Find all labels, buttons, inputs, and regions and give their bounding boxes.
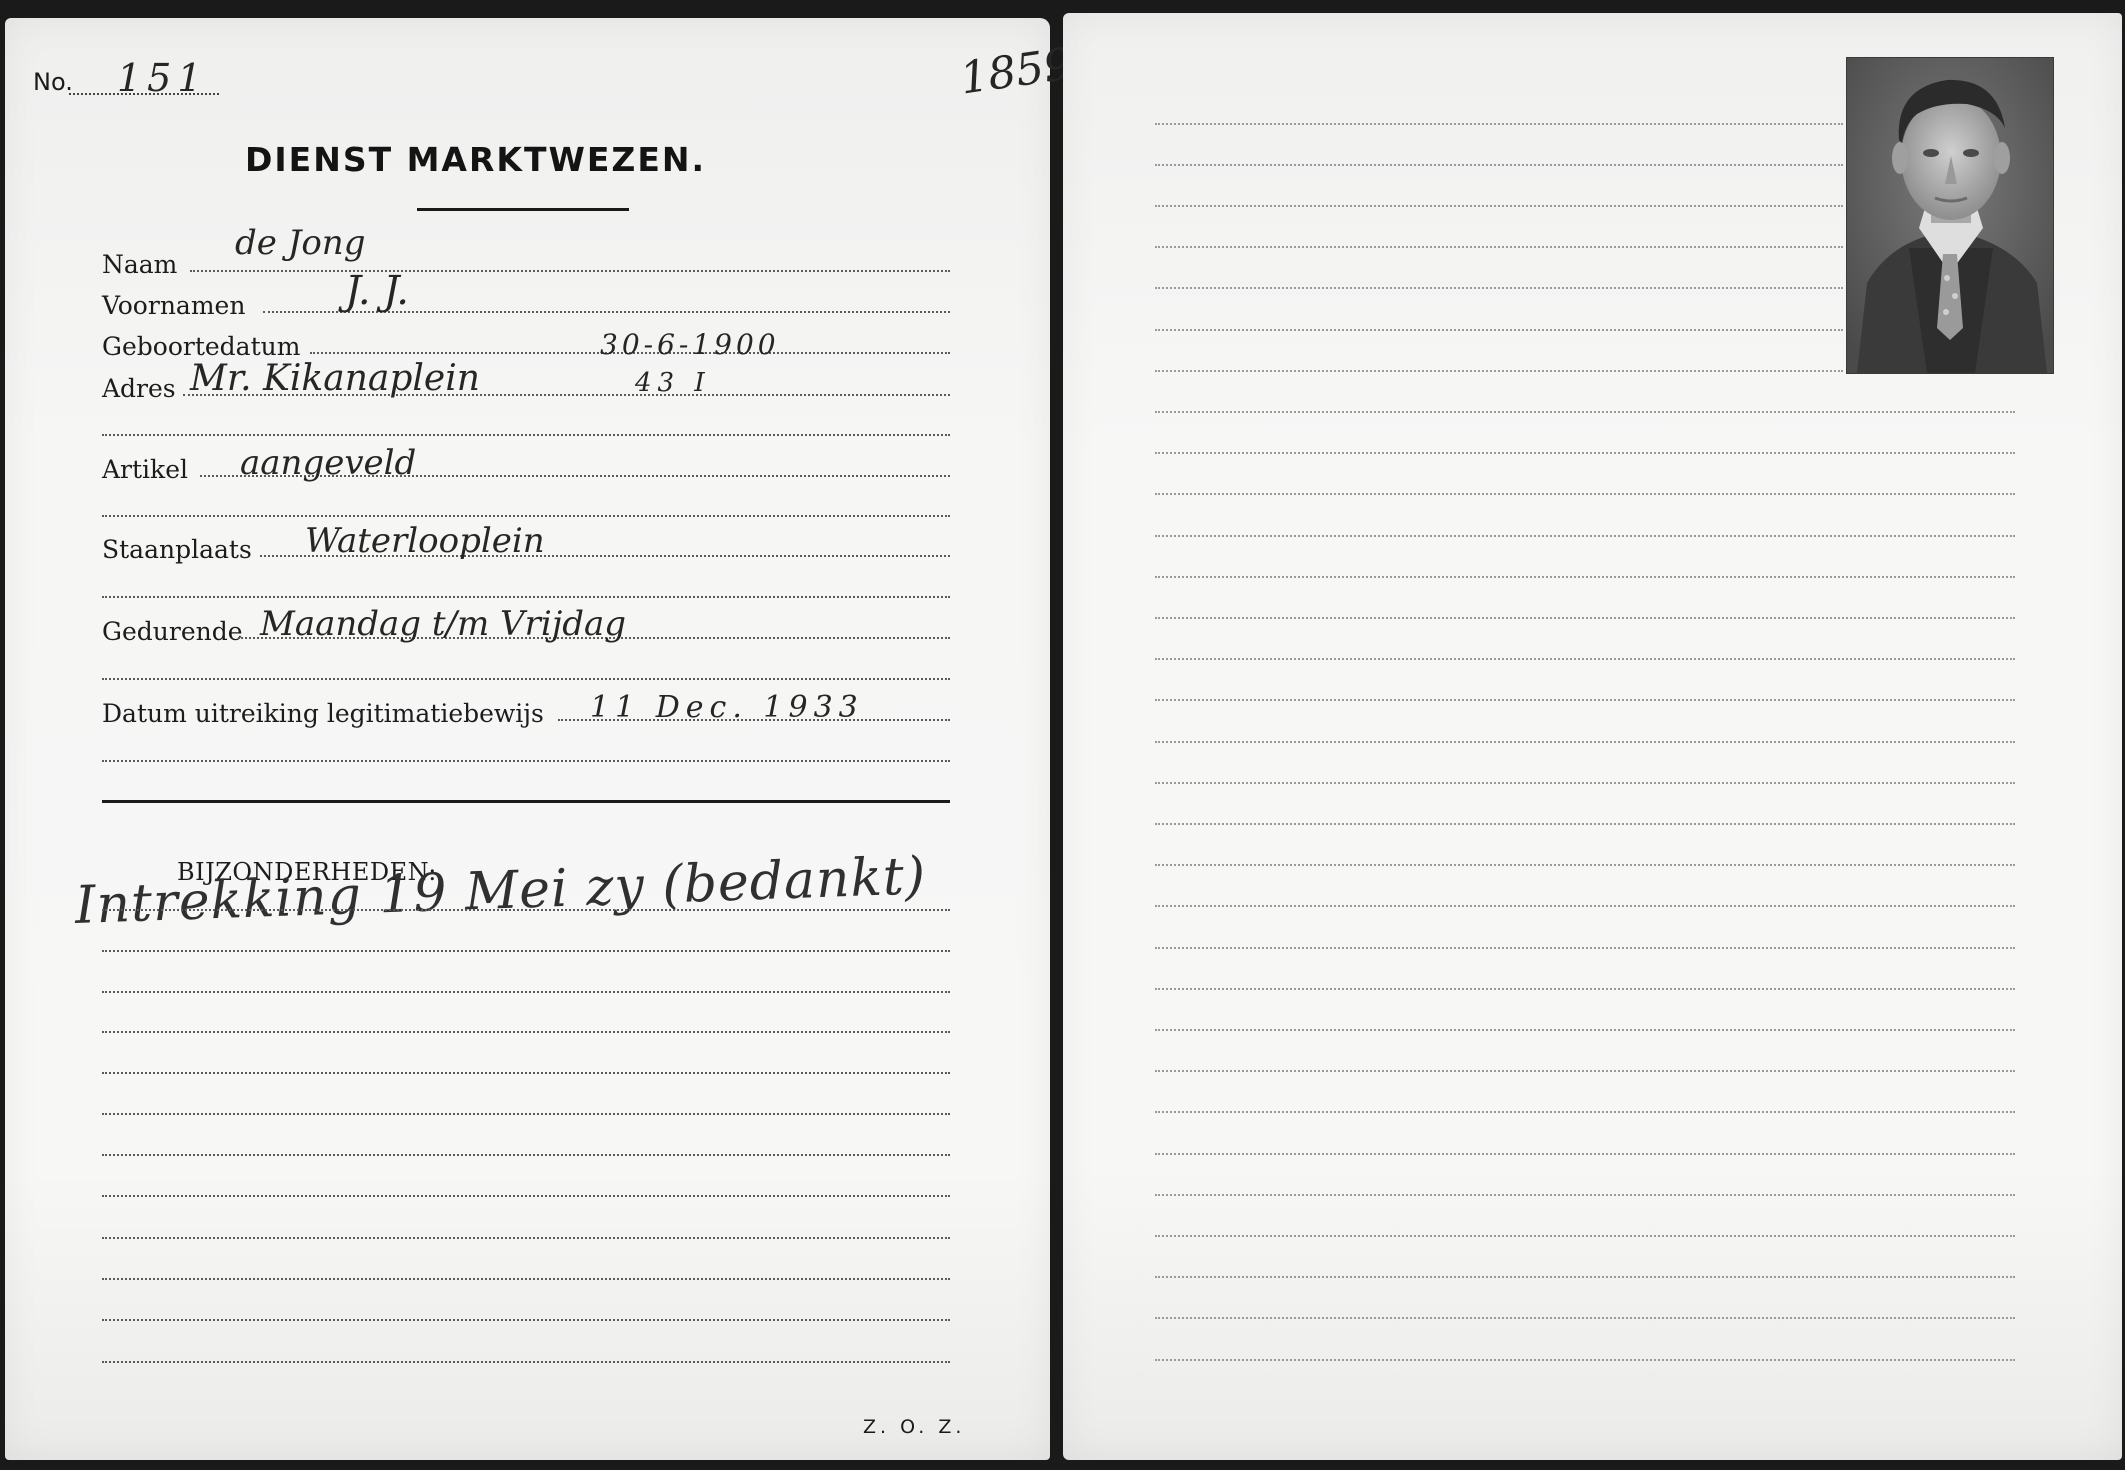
- ruled-line: [1155, 1070, 2015, 1072]
- remark-line: [102, 1154, 950, 1156]
- ruled-line: [1155, 864, 2015, 866]
- value-datum-uitreiking: 11 Dec. 1933: [590, 690, 864, 725]
- value-artikel: aangeveld: [240, 443, 416, 483]
- corner-number: 1859: [957, 38, 1075, 104]
- remark-line: [102, 1319, 950, 1321]
- ruled-line: [1155, 205, 1843, 207]
- ruled-line: [1155, 246, 1843, 248]
- value-gedurende: Maandag t/m Vrijdag: [260, 604, 626, 644]
- ruled-line: [1155, 493, 2015, 495]
- ruled-line: [1155, 1153, 2015, 1155]
- remark-line: [102, 1361, 950, 1363]
- ruled-line: [1155, 164, 1843, 166]
- ruled-line: [1155, 1317, 2015, 1319]
- remark-line: [102, 950, 950, 952]
- label-adres: Adres: [102, 374, 176, 403]
- value-adres: Mr. Kikanaplein: [190, 358, 480, 399]
- remark-line: [102, 991, 950, 993]
- ruled-line: [1155, 823, 2015, 825]
- ruled-line: [1155, 576, 2015, 578]
- portrait-photo: [1847, 58, 2053, 373]
- ruled-line: [1155, 1194, 2015, 1196]
- ruled-line: [1155, 535, 2015, 537]
- label-datum-uitreiking: Datum uitreiking legitimatiebewijs: [102, 699, 544, 728]
- ruled-line: [1155, 287, 1843, 289]
- value-geboortedatum: 30-6-1900: [600, 328, 780, 361]
- number-label: No.: [33, 68, 73, 96]
- dotline-adres-2: [102, 434, 950, 436]
- portrait-image-icon: [1847, 58, 2053, 373]
- ruled-line: [1155, 1029, 2015, 1031]
- ruled-line: [1155, 1235, 2015, 1237]
- ruled-line: [1155, 370, 1843, 372]
- dotline-naam: [190, 270, 950, 272]
- ruled-line: [1155, 741, 2015, 743]
- dotline-gedurende-2: [102, 678, 950, 680]
- remark-line: [102, 1072, 950, 1074]
- ruled-line: [1155, 782, 2015, 784]
- remark-line: [102, 1237, 950, 1239]
- value-adres-number: 43 I: [635, 368, 711, 398]
- label-naam: Naam: [102, 250, 177, 279]
- label-artikel: Artikel: [102, 455, 188, 484]
- ruled-line: [1155, 658, 2015, 660]
- value-naam: de Jong: [235, 223, 365, 263]
- ruled-line: [1155, 617, 2015, 619]
- page-title: DIENST MARKTWEZEN.: [245, 140, 706, 179]
- value-voornamen: J. J.: [345, 268, 409, 314]
- number-value: 151: [117, 56, 208, 100]
- dotline-staanplaats-2: [102, 596, 950, 598]
- footer-zoz: Z. O. Z.: [863, 1416, 965, 1438]
- dotline-artikel-2: [102, 515, 950, 517]
- label-voornamen: Voornamen: [102, 291, 245, 320]
- ruled-line: [1155, 411, 2015, 413]
- remark-line: [102, 1113, 950, 1115]
- ruled-line: [1155, 947, 2015, 949]
- remark-line: [102, 1278, 950, 1280]
- remark-line: [102, 1031, 950, 1033]
- ruled-line: [1155, 452, 2015, 454]
- label-geboortedatum: Geboortedatum: [102, 332, 300, 361]
- ruled-line: [1155, 988, 2015, 990]
- ruled-line: [1155, 1359, 2015, 1361]
- left-page-form: No. 151 1859 DIENST MARKTWEZEN. Naam de …: [5, 18, 1050, 1460]
- ruled-line: [1155, 123, 1843, 125]
- ruled-line: [1155, 1276, 2015, 1278]
- section-divider: [102, 800, 950, 803]
- value-staanplaats: Waterlooplein: [305, 521, 545, 561]
- ruled-line: [1155, 1111, 2015, 1113]
- remark-line: [102, 1195, 950, 1197]
- ruled-line: [1155, 329, 1843, 331]
- ruled-line: [1155, 905, 2015, 907]
- label-gedurende: Gedurende: [102, 617, 243, 646]
- ruled-line: [1155, 699, 2015, 701]
- remark-line: [102, 909, 950, 911]
- title-underline: [417, 208, 629, 211]
- right-page-ruled: [1063, 13, 2122, 1460]
- dotline-datum-2: [102, 760, 950, 762]
- label-staanplaats: Staanplaats: [102, 535, 252, 564]
